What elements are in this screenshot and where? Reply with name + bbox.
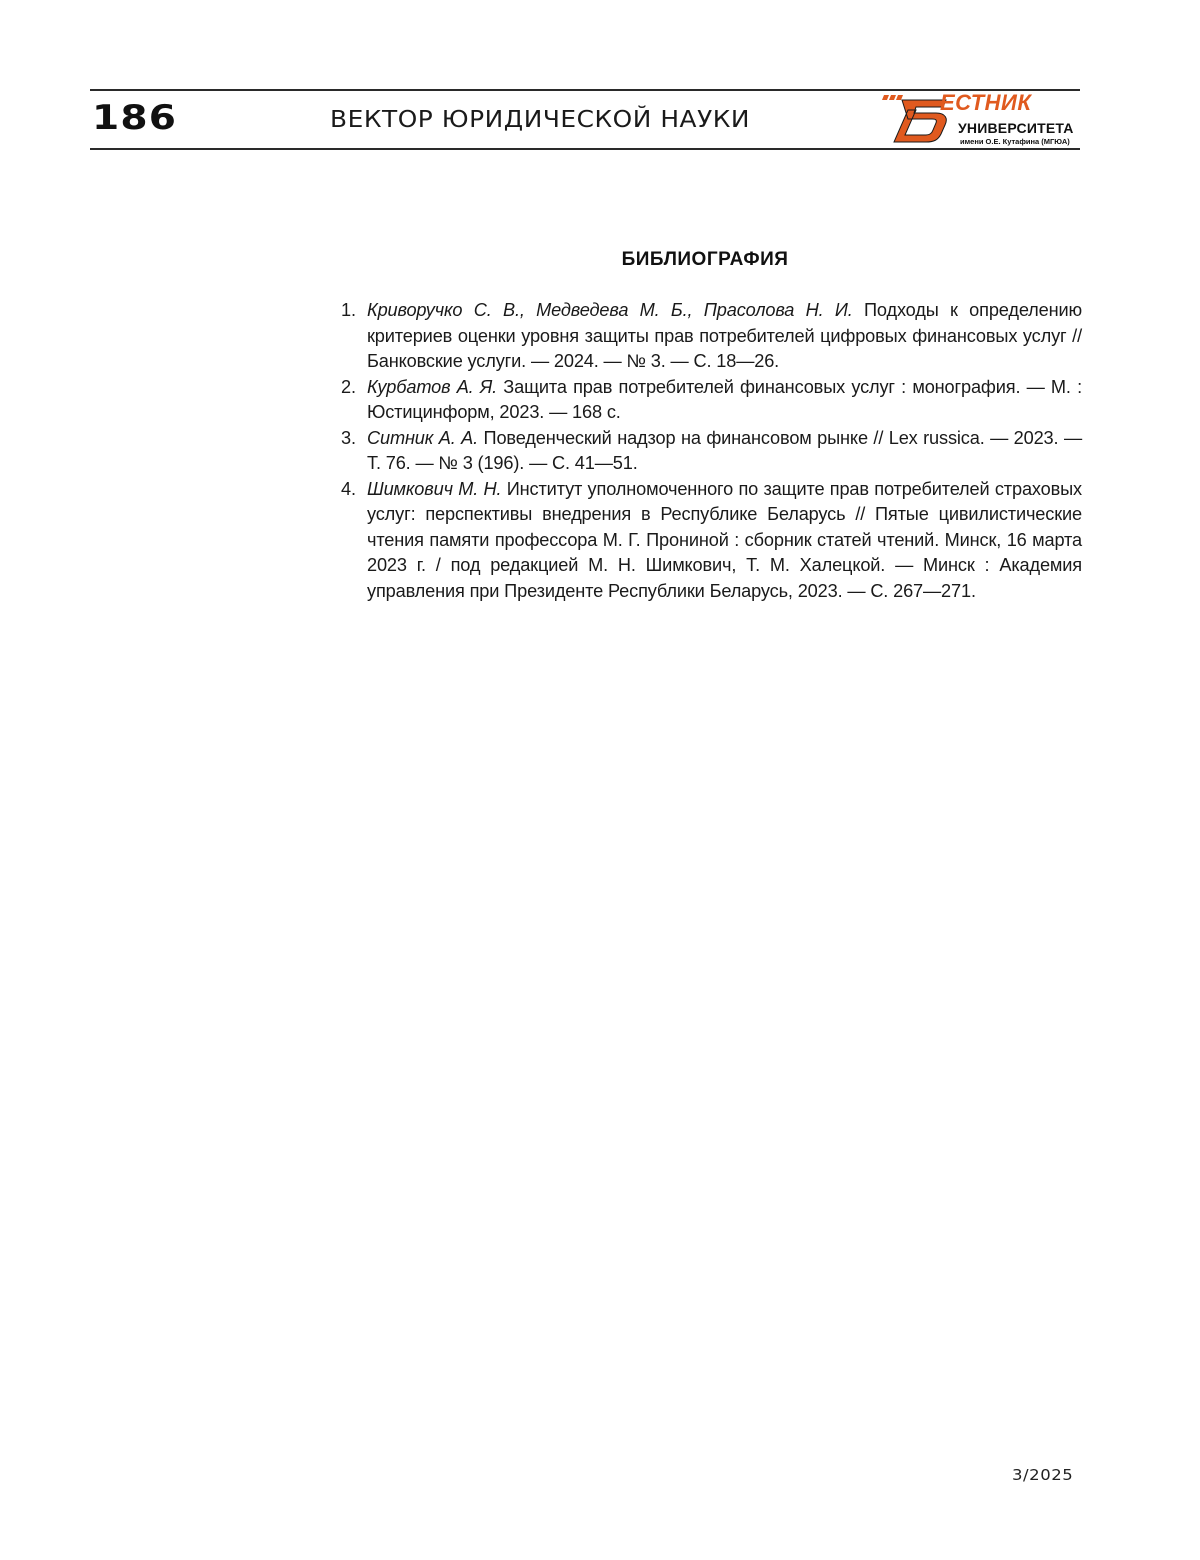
item-authors: Курбатов А. Я. bbox=[367, 377, 497, 397]
header-bottom-rule bbox=[90, 148, 1080, 150]
bibliography-item: 2.Курбатов А. Я. Защита прав потребителе… bbox=[340, 375, 1082, 426]
page-number: 186 bbox=[92, 98, 177, 138]
journal-logo: ЕСТНИК УНИВЕРСИТЕТА имени О.Е. Кутафина … bbox=[880, 92, 1085, 148]
item-authors: Ситник А. А. bbox=[367, 428, 478, 448]
bibliography-heading: БИБЛИОГРАФИЯ bbox=[330, 249, 1080, 271]
logo-subtitle: УНИВЕРСИТЕТА bbox=[958, 120, 1074, 136]
item-authors: Шимкович М. Н. bbox=[367, 479, 501, 499]
item-number: 1. bbox=[341, 298, 356, 324]
issue-number: 3/2025 bbox=[1012, 1466, 1073, 1484]
bibliography-item: 4.Шимкович М. Н. Институт уполномоченног… bbox=[340, 477, 1082, 605]
logo-small-text: имени О.Е. Кутафина (МГЮА) bbox=[960, 137, 1070, 146]
bibliography-list: 1.Криворучко С. В., Медведева М. Б., Пра… bbox=[340, 298, 1082, 604]
header-top-rule bbox=[90, 89, 1080, 91]
journal-section-title: ВЕКТОР ЮРИДИЧЕСКОЙ НАУКИ bbox=[330, 107, 750, 133]
bibliography-item: 3.Ситник А. А. Поведенческий надзор на ф… bbox=[340, 426, 1082, 477]
item-number: 2. bbox=[341, 375, 356, 401]
item-number: 4. bbox=[341, 477, 356, 503]
item-authors: Криворучко С. В., Медведева М. Б., Прасо… bbox=[367, 300, 853, 320]
logo-title: ЕСТНИК bbox=[940, 90, 1031, 116]
item-number: 3. bbox=[341, 426, 356, 452]
bibliography-item: 1.Криворучко С. В., Медведева М. Б., Пра… bbox=[340, 298, 1082, 375]
